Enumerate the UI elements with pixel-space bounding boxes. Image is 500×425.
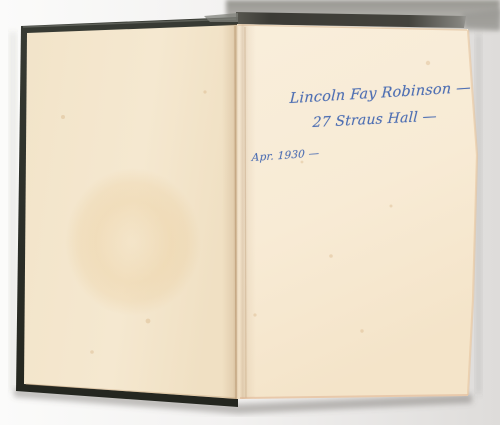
gutter-shading [222, 24, 256, 399]
right-page [237, 24, 477, 399]
book-illustration [0, 0, 500, 425]
spine-head-highlight [204, 13, 238, 22]
book-photograph: Lincoln Fay Robinson — 27 Straus Hall — … [0, 0, 500, 425]
water-stain [65, 168, 201, 316]
book-left-shadow [9, 32, 17, 390]
